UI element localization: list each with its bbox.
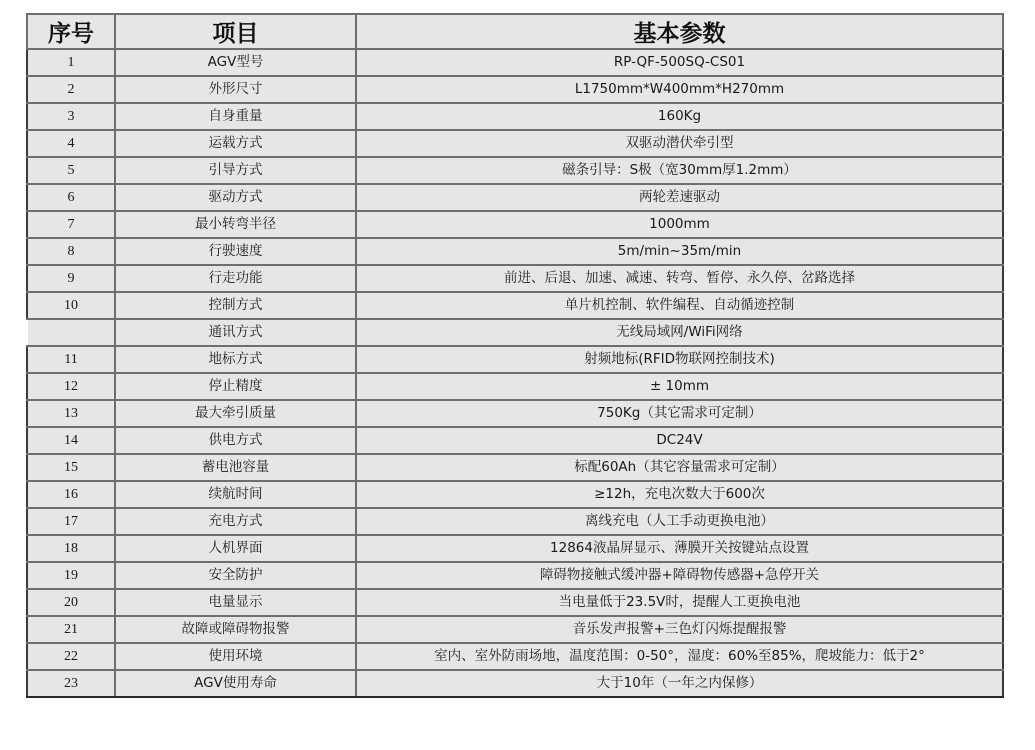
row-param: 5m/min~35m/min — [356, 238, 1003, 265]
row-index: 4 — [27, 130, 115, 157]
row-index: 14 — [27, 427, 115, 454]
row-item: 驱动方式 — [115, 184, 356, 211]
row-param: 音乐发声报警+三色灯闪烁提醒报警 — [356, 616, 1003, 643]
row-index: 12 — [27, 373, 115, 400]
table-row: 11地标方式射频地标(RFID物联网控制技术) — [27, 346, 1003, 373]
row-index: 20 — [27, 589, 115, 616]
row-param: L1750mm*W400mm*H270mm — [356, 76, 1003, 103]
table-row: 7最小转弯半径1000mm — [27, 211, 1003, 238]
table-row: 18人机界面12864液晶屏显示、薄膜开关按键站点设置 — [27, 535, 1003, 562]
table-row: 6驱动方式两轮差速驱动 — [27, 184, 1003, 211]
row-index: 21 — [27, 616, 115, 643]
table-row: 12停止精度± 10mm — [27, 373, 1003, 400]
row-item: AGV型号 — [115, 49, 356, 76]
row-item: 电量显示 — [115, 589, 356, 616]
row-index: 10 — [27, 292, 115, 319]
table-row: 8行驶速度5m/min~35m/min — [27, 238, 1003, 265]
row-index: 19 — [27, 562, 115, 589]
row-item: 使用环境 — [115, 643, 356, 670]
row-index: 1 — [27, 49, 115, 76]
row-index: 8 — [27, 238, 115, 265]
table-row: 14供电方式DC24V — [27, 427, 1003, 454]
table-row: 4运载方式双驱动潜伏牵引型 — [27, 130, 1003, 157]
row-param: 单片机控制、软件编程、自动循迹控制 — [356, 292, 1003, 319]
row-param: 160Kg — [356, 103, 1003, 130]
table-row: 22使用环境室内、室外防雨场地，温度范围：0-50°，湿度：60%至85%，爬坡… — [27, 643, 1003, 670]
row-index: 15 — [27, 454, 115, 481]
row-param: ± 10mm — [356, 373, 1003, 400]
row-item: 运载方式 — [115, 130, 356, 157]
table-row: 19安全防护障碍物接触式缓冲器+障碍物传感器+急停开关 — [27, 562, 1003, 589]
table-row: 2外形尺寸L1750mm*W400mm*H270mm — [27, 76, 1003, 103]
row-index — [27, 319, 115, 346]
table-row: 16续航时间≥12h，充电次数大于600次 — [27, 481, 1003, 508]
row-param: RP-QF-500SQ-CS01 — [356, 49, 1003, 76]
row-item: 最大牵引质量 — [115, 400, 356, 427]
row-index: 6 — [27, 184, 115, 211]
table-row: 5引导方式磁条引导：S极（宽30mm厚1.2mm） — [27, 157, 1003, 184]
row-item: 充电方式 — [115, 508, 356, 535]
row-param: 大于10年（一年之内保修） — [356, 670, 1003, 697]
row-item: 地标方式 — [115, 346, 356, 373]
row-index: 23 — [27, 670, 115, 697]
row-param: 无线局域网/WiFi网络 — [356, 319, 1003, 346]
row-item: 自身重量 — [115, 103, 356, 130]
table-row: 23AGV使用寿命大于10年（一年之内保修） — [27, 670, 1003, 697]
row-item: 最小转弯半径 — [115, 211, 356, 238]
row-param: 两轮差速驱动 — [356, 184, 1003, 211]
row-param: 离线充电（人工手动更换电池） — [356, 508, 1003, 535]
row-item: 故障或障碍物报警 — [115, 616, 356, 643]
row-index: 16 — [27, 481, 115, 508]
row-item: 安全防护 — [115, 562, 356, 589]
row-param: 1000mm — [356, 211, 1003, 238]
table-row: 1AGV型号RP-QF-500SQ-CS01 — [27, 49, 1003, 76]
row-index: 7 — [27, 211, 115, 238]
row-index: 17 — [27, 508, 115, 535]
row-item: 蓄电池容量 — [115, 454, 356, 481]
table-row: 17充电方式离线充电（人工手动更换电池） — [27, 508, 1003, 535]
row-item: 供电方式 — [115, 427, 356, 454]
table-row: 21故障或障碍物报警音乐发声报警+三色灯闪烁提醒报警 — [27, 616, 1003, 643]
row-param: 室内、室外防雨场地，温度范围：0-50°，湿度：60%至85%，爬坡能力：低于2… — [356, 643, 1003, 670]
row-index: 13 — [27, 400, 115, 427]
row-item: 续航时间 — [115, 481, 356, 508]
row-index: 3 — [27, 103, 115, 130]
row-item: AGV使用寿命 — [115, 670, 356, 697]
row-item: 停止精度 — [115, 373, 356, 400]
table-row: 通讯方式无线局域网/WiFi网络 — [27, 319, 1003, 346]
header-row: 序号 项目 基本参数 — [27, 14, 1003, 49]
row-param: ≥12h，充电次数大于600次 — [356, 481, 1003, 508]
row-param: 12864液晶屏显示、薄膜开关按键站点设置 — [356, 535, 1003, 562]
row-param: 当电量低于23.5V时，提醒人工更换电池 — [356, 589, 1003, 616]
row-param: 750Kg（其它需求可定制） — [356, 400, 1003, 427]
header-index: 序号 — [27, 14, 115, 49]
header-item: 项目 — [115, 14, 356, 49]
header-param: 基本参数 — [356, 14, 1003, 49]
row-item: 行走功能 — [115, 265, 356, 292]
row-param: DC24V — [356, 427, 1003, 454]
row-item: 控制方式 — [115, 292, 356, 319]
row-index: 18 — [27, 535, 115, 562]
row-param: 双驱动潜伏牵引型 — [356, 130, 1003, 157]
row-item: 行驶速度 — [115, 238, 356, 265]
table-row: 10控制方式单片机控制、软件编程、自动循迹控制 — [27, 292, 1003, 319]
row-param: 射频地标(RFID物联网控制技术) — [356, 346, 1003, 373]
table-row: 15蓄电池容量标配60Ah（其它容量需求可定制） — [27, 454, 1003, 481]
row-index: 22 — [27, 643, 115, 670]
table-row: 9行走功能前进、后退、加速、减速、转弯、暂停、永久停、岔路选择 — [27, 265, 1003, 292]
row-item: 人机界面 — [115, 535, 356, 562]
row-index: 9 — [27, 265, 115, 292]
row-index: 11 — [27, 346, 115, 373]
table-row: 20电量显示当电量低于23.5V时，提醒人工更换电池 — [27, 589, 1003, 616]
row-item: 外形尺寸 — [115, 76, 356, 103]
table-row: 3自身重量160Kg — [27, 103, 1003, 130]
row-item: 引导方式 — [115, 157, 356, 184]
row-index: 2 — [27, 76, 115, 103]
row-param: 障碍物接触式缓冲器+障碍物传感器+急停开关 — [356, 562, 1003, 589]
row-item: 通讯方式 — [115, 319, 356, 346]
table-row: 13最大牵引质量750Kg（其它需求可定制） — [27, 400, 1003, 427]
agv-spec-table: 序号 项目 基本参数 1AGV型号RP-QF-500SQ-CS012外形尺寸L1… — [26, 13, 1004, 698]
row-index: 5 — [27, 157, 115, 184]
row-param: 标配60Ah（其它容量需求可定制） — [356, 454, 1003, 481]
row-param: 磁条引导：S极（宽30mm厚1.2mm） — [356, 157, 1003, 184]
row-param: 前进、后退、加速、减速、转弯、暂停、永久停、岔路选择 — [356, 265, 1003, 292]
